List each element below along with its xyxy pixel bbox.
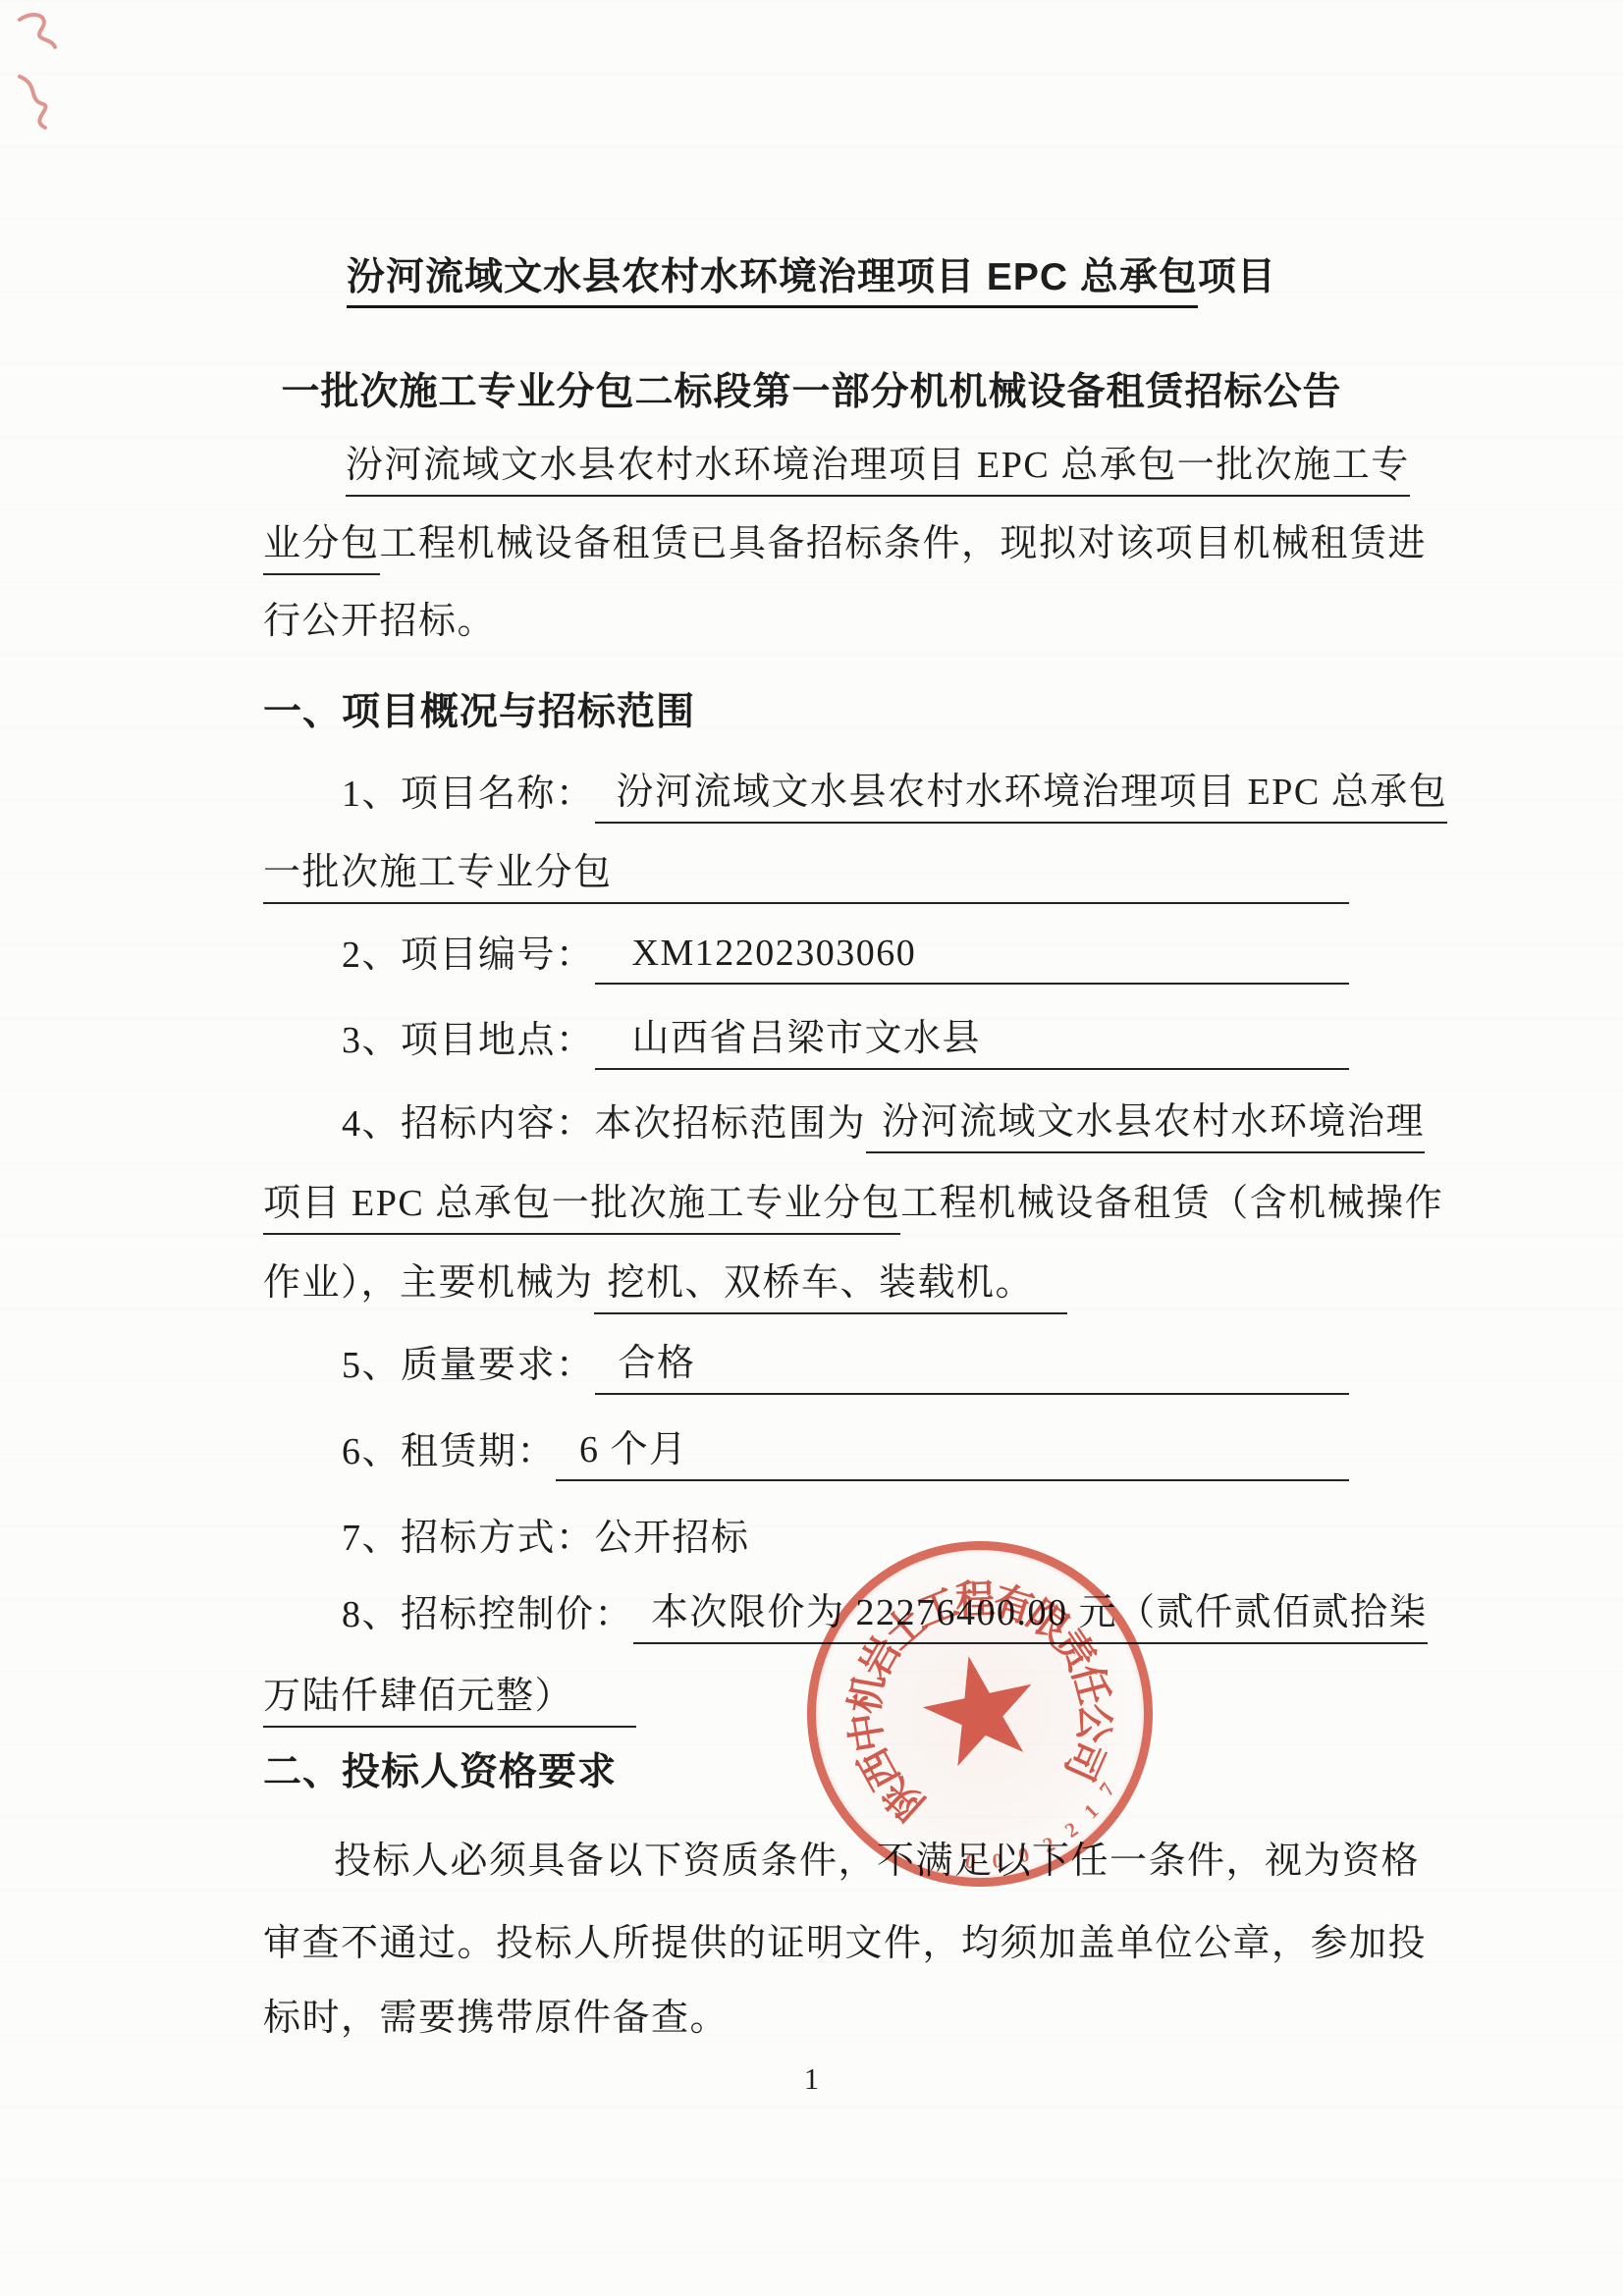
red-pen-mark-icon	[10, 71, 57, 132]
star-icon	[912, 1644, 1050, 1782]
item6-lease-period: 6、租赁期： 6 个月	[342, 1431, 1349, 1481]
page-number: 1	[0, 2061, 1623, 2097]
item2-project-number: 2、项目编号： XM12202303060	[342, 934, 1349, 985]
item1-project-name-line2: 一批次施工专业分包	[263, 854, 1349, 904]
document-title-line1: 汾河流域文水县农村水环境治理项目 EPC 总承包项目	[0, 255, 1623, 308]
intro-line1: 汾河流域文水县农村水环境治理项目 EPC 总承包一批次施工专	[346, 444, 1410, 497]
item1-project-name-line1: 1、项目名称： 汾河流域文水县农村水环境治理项目 EPC 总承包	[342, 774, 1349, 824]
seal-company-char: 陕	[868, 1767, 935, 1835]
seal-company-arc-text: 陕西中机岩土工程有限责任公司	[775, 1509, 1112, 1580]
item6-label: 6、租赁期：	[342, 1433, 556, 1481]
intro-line3: 行公开招标。	[263, 600, 496, 651]
seal-company-char: 公	[1067, 1701, 1126, 1744]
underline-rule	[696, 1392, 1349, 1395]
seal-serial-arc-number: 0002217	[775, 1509, 1112, 1580]
qualification-para-line3: 标时，需要携带原件备查。	[263, 1997, 729, 2048]
item8-label: 8、招标控制价：	[342, 1596, 633, 1644]
title-underlined-text: 汾河流域文水县农村水环境治理项目 EPC 总承包	[347, 258, 1198, 308]
item3-value: 山西省吕梁市文水县	[595, 1020, 982, 1070]
section1-heading: 一、项目概况与招标范围	[263, 690, 695, 742]
item1-value: 汾河流域文水县农村水环境治理项目 EPC 总承包	[595, 774, 1448, 824]
underline-rule	[613, 901, 1349, 904]
scanned-tender-document-page: 汾河流域文水县农村水环境治理项目 EPC 总承包项目 一批次施工专业分包二标段第…	[0, 0, 1623, 2296]
item3-project-location: 3、项目地点： 山西省吕梁市文水县	[342, 1020, 1349, 1070]
item1-label: 1、项目名称：	[342, 775, 595, 824]
seal-company-char: 司	[1054, 1733, 1120, 1791]
item8-control-price-line2: 万陆仟肆佰元整）	[263, 1675, 636, 1728]
item7-tender-method: 7、招标方式：公开招标	[342, 1517, 750, 1568]
item4-label: 4、招标内容：本次招标范围为	[342, 1105, 866, 1153]
title-plain-text: 项目	[1198, 258, 1276, 307]
item6-value: 6 个月	[556, 1431, 688, 1481]
item5-label: 5、质量要求：	[342, 1347, 595, 1395]
item4-tender-content-line1: 4、招标内容：本次招标范围为 汾河流域文水县农村水环境治理	[342, 1103, 1349, 1153]
item8-control-price-line1: 8、招标控制价： 本次限价为 22276400.00 元（贰仟贰佰贰拾柒	[342, 1594, 1349, 1644]
section2-heading: 二、投标人资格要求	[263, 1750, 617, 1802]
qualification-para-line2: 审查不通过。投标人所提供的证明文件，均须加盖单位公章，参加投	[263, 1922, 1427, 1973]
item8-value: 本次限价为 22276400.00 元（贰仟贰佰贰拾柒	[633, 1594, 1428, 1644]
intro-line2: 业分包工程机械设备租赁已具备招标条件，现拟对该项目机械租赁进	[263, 522, 1427, 575]
seal-company-char: 西	[842, 1739, 910, 1800]
underline-rule	[981, 1067, 1349, 1070]
seal-serial-digit: 7	[1094, 1779, 1120, 1801]
item2-value: XM12202303060	[595, 934, 917, 985]
underline-rule	[916, 982, 1349, 985]
seal-company-char: 机	[834, 1669, 895, 1717]
qualification-para-line1: 投标人必须具备以下资质条件，不满足以下任一条件，视为资格	[334, 1840, 1420, 1891]
item4-tender-content-line2: 项目 EPC 总承包一批次施工专业分包工程机械设备租赁（含机械操作	[263, 1182, 1443, 1235]
underline-rule	[688, 1478, 1349, 1481]
item5-quality-requirement: 5、质量要求： 合格	[342, 1345, 1349, 1395]
item4-tender-content-line3: 作业），主要机械为挖机、双桥车、装载机。	[263, 1261, 1067, 1314]
seal-company-char: 中	[834, 1709, 895, 1757]
item4-value: 汾河流域文水县农村水环境治理	[866, 1103, 1425, 1153]
item3-label: 3、项目地点：	[342, 1022, 595, 1070]
red-pen-mark-icon	[12, 8, 63, 63]
seal-company-char: 任	[1061, 1658, 1125, 1710]
document-title-line2: 一批次施工专业分包二标段第一部分机机械设备租赁招标公告	[0, 370, 1623, 422]
item5-value: 合格	[595, 1345, 696, 1395]
seal-serial-digit: 1	[1079, 1799, 1104, 1824]
item2-label: 2、项目编号：	[342, 936, 595, 985]
